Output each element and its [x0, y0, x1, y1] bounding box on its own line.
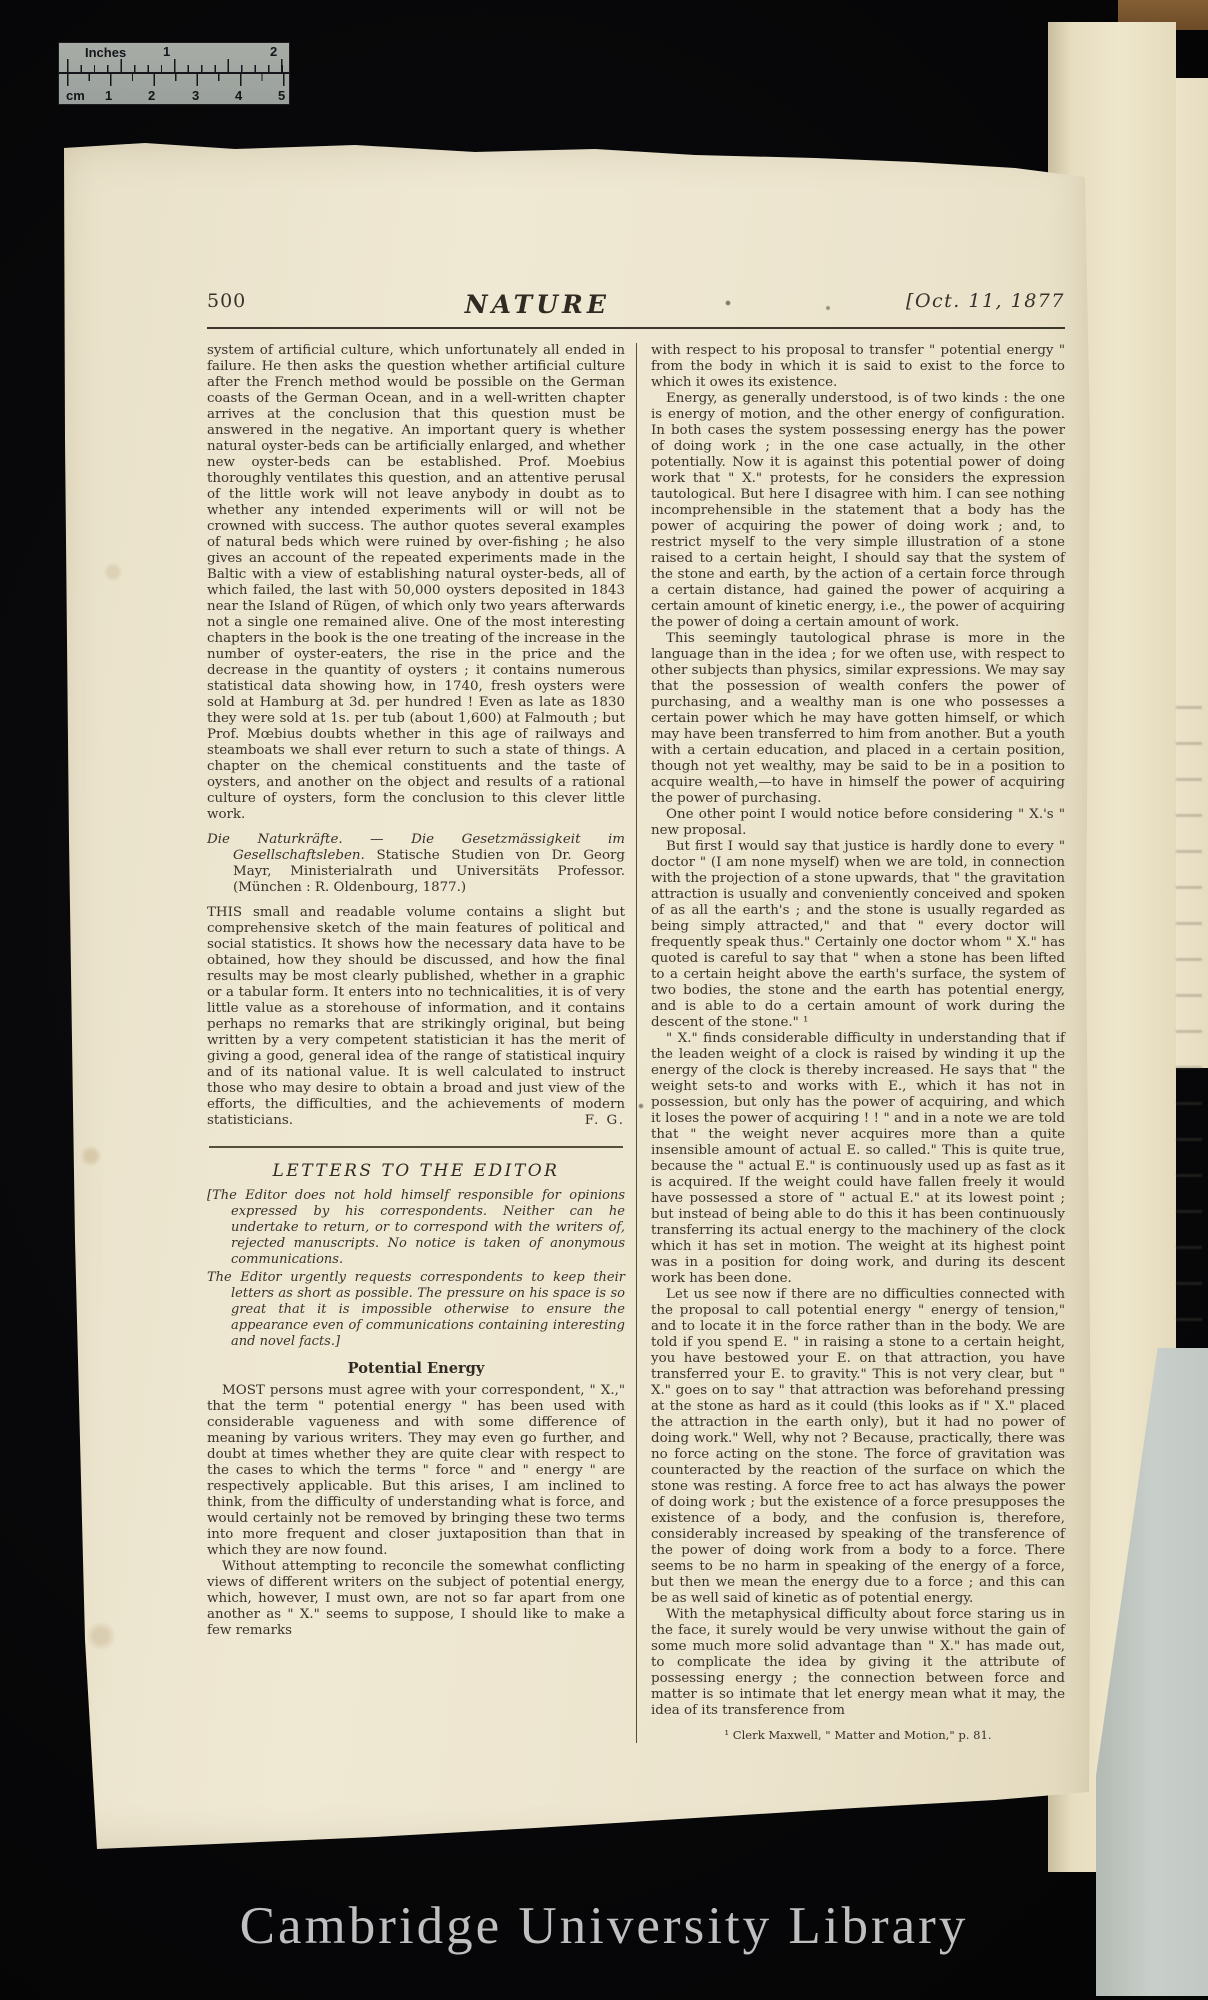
- page-content: 500 NATURE [Oct. 11, 1877 system of arti…: [207, 290, 1065, 1743]
- ruler-number: 4: [235, 88, 242, 103]
- paragraph: with respect to his proposal to transfer…: [651, 343, 1065, 391]
- editorial-note: The Editor urgently requests corresponde…: [207, 1270, 625, 1350]
- ruler-cm-major-ticks: [67, 74, 285, 86]
- paragraph: system of artificial culture, which unfo…: [207, 343, 625, 823]
- paragraph: Without attempting to reconcile the some…: [207, 1559, 625, 1639]
- ruler-number: 2: [148, 88, 155, 103]
- ruler-number: 1: [163, 44, 170, 59]
- letter-title: Potential Energy: [207, 1361, 625, 1377]
- ruler-number: 3: [192, 88, 199, 103]
- paragraph: " X." finds considerable difficulty in u…: [651, 1031, 1065, 1287]
- journal-title: NATURE: [465, 290, 610, 319]
- left-column: system of artificial culture, which unfo…: [207, 343, 637, 1743]
- library-watermark: Cambridge University Library: [0, 1896, 1208, 1956]
- ruler-number: 5: [278, 88, 285, 103]
- footnote: ¹ Clerk Maxwell, " Matter and Motion," p…: [651, 1727, 1065, 1743]
- paragraph: But first I would say that justice is ha…: [651, 839, 1065, 1031]
- ruler-number: 1: [105, 88, 112, 103]
- paragraph: THIS small and readable volume contains …: [207, 905, 625, 1129]
- book-citation: Die Naturkräfte. — Die Gesetzmässigkeit …: [207, 832, 625, 896]
- paragraph: This seemingly tautological phrase is mo…: [651, 631, 1065, 807]
- section-divider-rule: [209, 1146, 623, 1148]
- paragraph: MOST persons must agree with your corres…: [207, 1383, 625, 1559]
- editorial-note: [The Editor does not hold himself respon…: [207, 1188, 625, 1268]
- page-number: 500: [207, 290, 246, 312]
- paragraph: Let us see now if there are no difficult…: [651, 1287, 1065, 1607]
- issue-date: [Oct. 11, 1877: [906, 290, 1065, 312]
- paragraph: With the metaphysical difficulty about f…: [651, 1607, 1065, 1719]
- header-rule: [207, 327, 1065, 329]
- ruler-inches-label: Inches: [85, 45, 126, 60]
- ruler-cm-label: cm: [66, 88, 85, 103]
- letters-heading: LETTERS TO THE EDITOR: [207, 1163, 625, 1179]
- ruler-number: 2: [270, 44, 277, 59]
- text-columns: system of artificial culture, which unfo…: [207, 343, 1065, 1743]
- scan-background: Inches cm 1 2 1 2 3 4 5 500 NATURE [Oct.…: [0, 0, 1208, 2000]
- measurement-ruler: Inches cm 1 2 1 2 3 4 5: [58, 42, 290, 105]
- running-header: 500 NATURE [Oct. 11, 1877: [207, 290, 1065, 320]
- ruler-inch-major-ticks: [67, 59, 285, 72]
- right-column: with respect to his proposal to transfer…: [651, 343, 1065, 1743]
- paragraph: Energy, as generally understood, is of t…: [651, 391, 1065, 631]
- scanned-journal-page: 500 NATURE [Oct. 11, 1877 system of arti…: [55, 140, 1095, 1854]
- show-through-text: [1176, 706, 1202, 1334]
- paragraph: One other point I would notice before co…: [651, 807, 1065, 839]
